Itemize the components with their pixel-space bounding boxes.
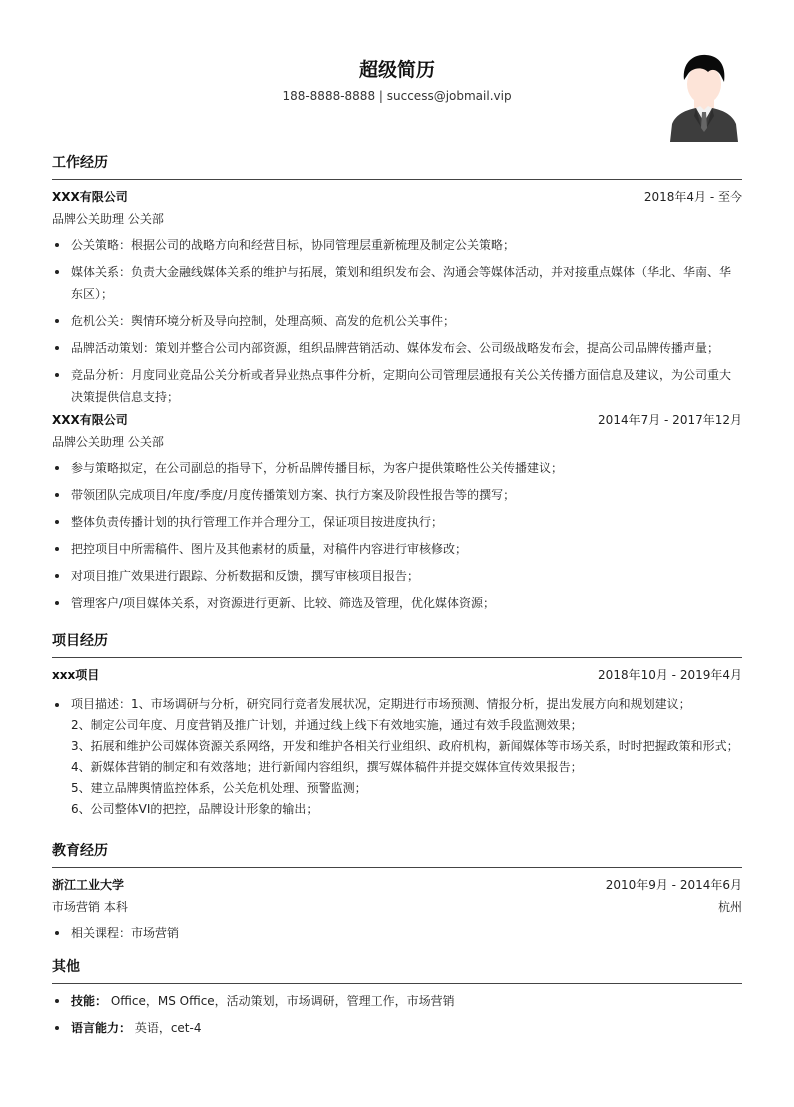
list-item: 竞品分析：月度同业竞品公关分析或者异业热点事件分析，定期向公司管理层通报有关公关… (52, 364, 742, 408)
skills-value: Office，MS Office，活动策划，市场调研，管理工作，市场营销 (107, 994, 455, 1008)
candidate-name: 超级简历 (52, 55, 742, 82)
project-line: 5、建立品牌舆情监控体系，公关危机处理、预警监测； (52, 778, 742, 799)
company-name: XXX有限公司 (52, 409, 128, 431)
list-item: 管理客户/项目媒体关系，对资源进行更新、比较、筛选及管理，优化媒体资源； (52, 592, 742, 614)
list-item: 公关策略：根据公司的战略方向和经营目标，协同管理层重新梳理及制定公关策略； (52, 234, 742, 256)
project-line: 6、公司整体VI的把控，品牌设计形象的输出； (52, 799, 742, 820)
project-experience-section: 项目经历 xxx项目 2018年10月 - 2019年4月 项目描述：1、市场调… (52, 630, 742, 820)
work-date: 2018年4月 - 至今 (644, 186, 742, 208)
section-title-work: 工作经历 (52, 152, 742, 180)
project-date: 2018年10月 - 2019年4月 (598, 664, 742, 686)
company-name: XXX有限公司 (52, 186, 128, 208)
work-entry: XXX有限公司 2018年4月 - 至今 品牌公关助理 公关部 公关策略：根据公… (52, 186, 742, 408)
list-item: 对项目推广效果进行跟踪、分析数据和反馈，撰写审核项目报告； (52, 565, 742, 587)
languages-value: 英语，cet-4 (131, 1021, 201, 1035)
section-title-project: 项目经历 (52, 630, 742, 658)
resume-page: 超级简历 188-8888-8888 | success@jobmail.vip… (52, 0, 742, 1044)
section-title-education: 教育经历 (52, 840, 742, 868)
job-role: 品牌公关助理 公关部 (52, 208, 742, 230)
resume-header: 超级简历 188-8888-8888 | success@jobmail.vip (52, 0, 742, 145)
school-name: 浙江工业大学 (52, 874, 124, 896)
list-item: 项目描述：1、市场调研与分析，研究同行竞者发展状况，定期进行市场预测、情报分析，… (52, 694, 742, 715)
section-title-other: 其他 (52, 956, 742, 984)
skills-label: 技能： (71, 994, 107, 1008)
work-experience-section: 工作经历 XXX有限公司 2018年4月 - 至今 品牌公关助理 公关部 公关策… (52, 152, 742, 614)
education-section: 教育经历 浙江工业大学 2010年9月 - 2014年6月 市场营销 本科 杭州… (52, 840, 742, 944)
list-item: 危机公关：舆情环境分析及导向控制，处理高频、高发的危机公关事件； (52, 310, 742, 332)
project-line: 3、拓展和维护公司媒体资源关系网络，开发和维护各相关行业组织、政府机构，新闻媒体… (52, 736, 742, 757)
education-date: 2010年9月 - 2014年6月 (606, 874, 742, 896)
job-role: 品牌公关助理 公关部 (52, 431, 742, 453)
avatar (668, 52, 740, 142)
person-avatar-icon (668, 52, 740, 142)
list-item: 相关课程：市场营销 (52, 922, 742, 944)
list-item-skills: 技能： Office，MS Office，活动策划，市场调研，管理工作，市场营销 (52, 990, 742, 1012)
work-date: 2014年7月 - 2017年12月 (598, 409, 742, 431)
list-item: 把控项目中所需稿件、图片及其他素材的质量，对稿件内容进行审核修改； (52, 538, 742, 560)
project-line: 4、新媒体营销的制定和有效落地；进行新闻内容组织，撰写媒体稿件并提交媒体宣传效果… (52, 757, 742, 778)
project-name: xxx项目 (52, 664, 99, 686)
contact-info: 188-8888-8888 | success@jobmail.vip (52, 89, 742, 103)
other-section: 其他 技能： Office，MS Office，活动策划，市场调研，管理工作，市… (52, 956, 742, 1039)
project-line: 2、制定公司年度、月度营销及推广计划，并通过线上线下有效地实施，通过有效手段监测… (52, 715, 742, 736)
list-item: 参与策略拟定，在公司副总的指导下，分析品牌传播目标，为客户提供策略性公关传播建议… (52, 457, 742, 479)
list-item: 整体负责传播计划的执行管理工作并合理分工，保证项目按进度执行； (52, 511, 742, 533)
major-degree: 市场营销 本科 (52, 896, 128, 918)
list-item-languages: 语言能力： 英语，cet-4 (52, 1017, 742, 1039)
list-item: 媒体关系：负责大金融线媒体关系的维护与拓展，策划和组织发布会、沟通会等媒体活动，… (52, 261, 742, 305)
school-city: 杭州 (718, 896, 742, 918)
list-item: 品牌活动策划：策划并整合公司内部资源，组织品牌营销活动、媒体发布会、公司级战略发… (52, 337, 742, 359)
list-item: 带领团队完成项目/年度/季度/月度传播策划方案、执行方案及阶段性报告等的撰写； (52, 484, 742, 506)
work-entry: XXX有限公司 2014年7月 - 2017年12月 品牌公关助理 公关部 参与… (52, 409, 742, 614)
languages-label: 语言能力： (71, 1021, 131, 1035)
